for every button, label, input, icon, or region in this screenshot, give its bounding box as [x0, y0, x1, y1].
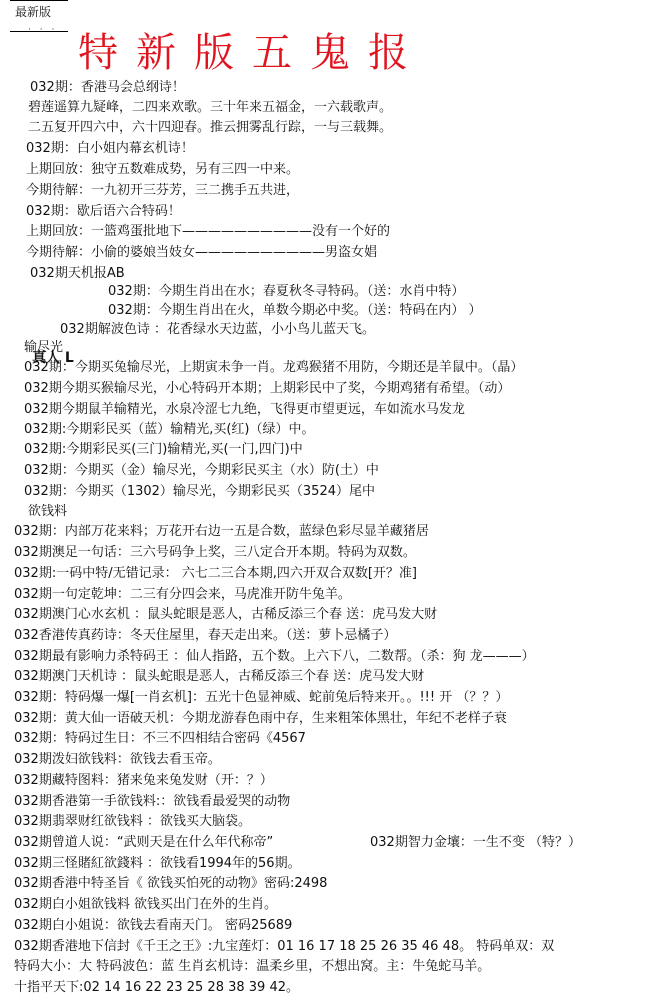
- text-line: 032期:今期彩民买(三门)输精光,买(一门,四门)中: [24, 440, 303, 459]
- text-line: 032期解波色诗 ：花香绿水天边蓝，小小鸟儿蓝天飞。: [60, 320, 375, 339]
- overlapping-text-fragment: 真人 L: [32, 350, 74, 366]
- text-line: 032期:一码中特/无错记录： 六七二三合本期,四六开双合双数[开？准]: [14, 564, 417, 583]
- text-line: 上期回放：一篮鸡蛋批地下——————————没有一个好的: [26, 222, 390, 241]
- text-line: 032期香港中特圣旨《 欲钱买怕死的动物》密码:2498: [14, 874, 327, 893]
- text-line: 上期回放：独守五数难成势，另有三四一中来。: [26, 160, 299, 179]
- text-line: 032期:今期彩民买（蓝）输精光,买(红)（绿）中。: [24, 420, 314, 439]
- text-line: 032期智力金壤：一生不变 （特？）: [370, 833, 581, 852]
- text-line: 032期：今期买（金）输尽光，今期彩民买主（水）防(土）中: [24, 461, 379, 480]
- badge-dots: · · ·: [28, 23, 57, 37]
- text-line: 032期天机报AB: [30, 264, 125, 283]
- text-line: 032期：歇后语六合特码！: [26, 202, 181, 221]
- text-line: 032期白小姐欲钱料 欲钱买出门在外的生肖。: [14, 895, 277, 914]
- text-line: 032期今期买猴输尽光，小心特码开本期；上期彩民中了奖，今期鸡猪有希望。（动）: [24, 379, 510, 398]
- badge-label: 最新版: [15, 5, 51, 19]
- text-line: 032期白小姐说：欲钱去看南天门。 密码25689: [14, 916, 292, 935]
- text-line: 032期：黄大仙一语破天机：今期龙游春色雨中存，生来粗笨体黑壮，年纪不老样子衰: [14, 709, 507, 728]
- text-line: 032期：今期生肖出在火，单数今期必中奖。（送：特码在内） ）: [108, 301, 481, 320]
- text-line: 032期：特码过生日：不三不四相结合密码《4567: [14, 729, 306, 748]
- text-line: 032期：白小姐内幕玄机诗！: [26, 139, 194, 158]
- text-line: 032期：内部万花来料；万花开右边一五是合数，蓝绿色彩尽显羊藏猪居: [14, 522, 429, 541]
- text-line: 032期一句定乾坤：二三有分四会来，马虎准开防牛兔羊。: [14, 585, 351, 604]
- text-line: 032期泼妇欲钱料：欲钱去看玉帝。: [14, 750, 221, 769]
- text-line: 今期待解：小偷的婆娘当妓女——————————男盗女娼: [26, 243, 377, 262]
- text-line: 二五复开四六中，六十四迎春。推云拥雾乱行踪，一与三载舞。: [28, 118, 392, 137]
- text-line: 今期待解：一九初开三芬芳，三二携手五共进，: [26, 181, 299, 200]
- text-line: 032期：特码爆一爆[一肖玄机]：五光十色显神威、蛇前兔后特来开。。!!! 开 …: [14, 688, 508, 707]
- latest-edition-badge: 最新版 · · ·: [10, 0, 68, 32]
- page-title: 特新版五鬼报: [78, 30, 498, 76]
- text-line: 032期香港第一手欲钱料:：欲钱看最爱哭的动物: [14, 792, 290, 811]
- text-line: 碧莲遥算九疑峰，二四来欢歌。三十年来五福金，一六载歌声。: [28, 98, 392, 117]
- text-line: 032期：今期生肖出在水；春夏秋冬寻特码。（送：水肖中特）: [108, 282, 464, 301]
- text-line: 032期：今期买兔输尽光，上期寅未争一肖。龙鸡猴猪不用防，今期还是羊鼠中。（晶）: [24, 358, 523, 377]
- text-line: 032期最有影响力杀特码王 ：仙人指路，五个数。上六下八，二数帮。（杀：狗 龙—…: [14, 647, 535, 666]
- text-line: 032期澳足一句话：三六号码争上奖，三八定合开本期。特码为双数。: [14, 543, 416, 562]
- text-line: 032期曾道人说：“武则天是在什么年代称帝”: [14, 833, 273, 852]
- text-line: 032期今期鼠羊输精光，水泉冷涩七九绝，飞得更市望更远，车如流水马发龙: [24, 400, 465, 419]
- text-line: 032香港传真药诗：冬天住屋里，春天走出来。（送：萝卜忌橘子）: [14, 626, 396, 645]
- text-line: 032期三怪賭紅欲錢料 ：欲钱看1994年的56期。: [14, 854, 301, 873]
- text-line: 032期翡翠财红欲钱料 ：欲钱买大脑袋。: [14, 812, 251, 831]
- text-line: 032期：今期买（1302）输尽光，今期彩民买（3524）尾中: [24, 482, 375, 501]
- text-line: 特码大小：大 特码波色：蓝 生肖玄机诗：温柔乡里，不想出窝。主：牛兔蛇马羊。: [14, 957, 490, 976]
- text-line: 032期澳门天机诗 ：鼠头蛇眼是恶人，古稀反添三个春 送：虎马发大财: [14, 667, 424, 686]
- text-line: 十指平天下:02 14 16 22 23 25 28 38 39 42。: [14, 978, 299, 997]
- text-line: 032期藏特图料：猪来兔来兔发财（开：？）: [14, 771, 273, 790]
- text-line: 032期香港地下信封《千王之王》:九宝莲灯：01 16 17 18 25 26 …: [14, 937, 554, 956]
- text-line: 032期：香港马会总纲诗！: [30, 78, 185, 97]
- text-line: 欲钱料: [28, 502, 67, 521]
- text-line: 032期澳门心水玄机 ：鼠头蛇眼是恶人，古稀反添三个春 送：虎马发大财: [14, 605, 437, 624]
